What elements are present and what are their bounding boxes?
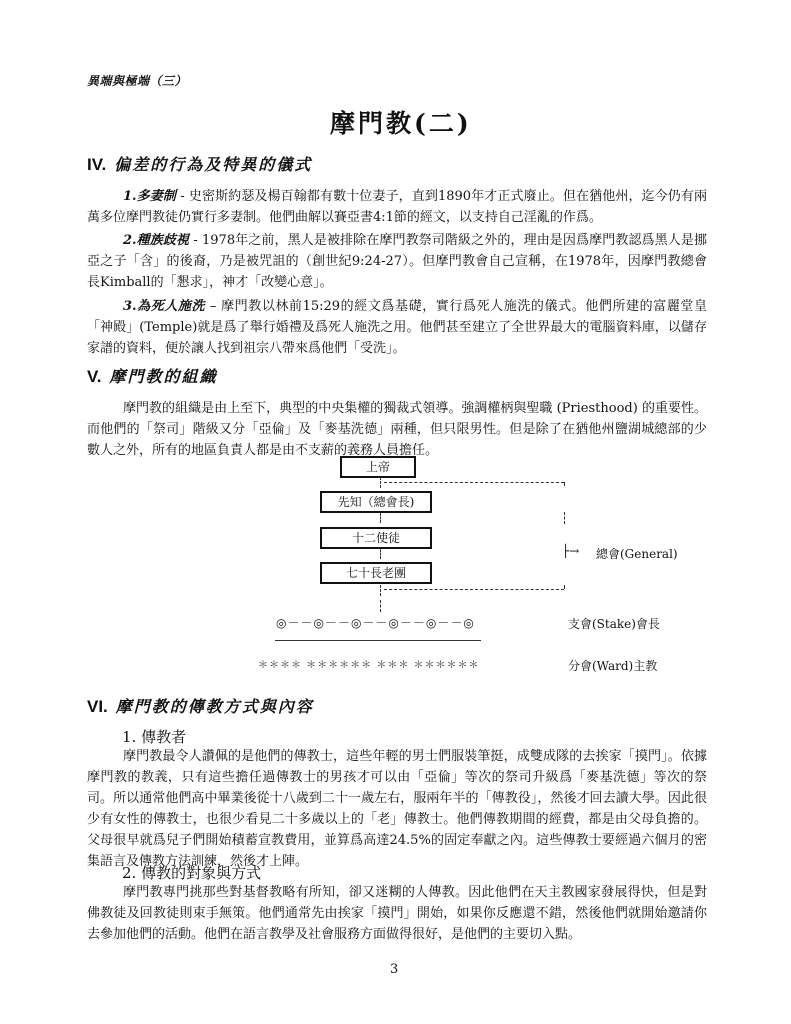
page-number: 3 bbox=[390, 962, 398, 977]
chart-box-apostles: 十二使徒 bbox=[320, 527, 432, 549]
page-title: 摩門教(二) bbox=[330, 104, 472, 140]
section-title: 偏差的行為及特異的儀式 bbox=[114, 155, 312, 174]
connector bbox=[380, 549, 381, 559]
general-bracket-bottom bbox=[384, 589, 564, 590]
paragraph-missionaries: 摩門教最令人讚佩的是他們的傳教士，這些年輕的男士們服裝筆挺，成雙成隊的去挨家「摸… bbox=[87, 746, 707, 872]
subheading-missionaries: 1. 傳教者 bbox=[122, 726, 186, 747]
paragraph-polygamy: 1.多妻制 - 史密斯約瑟及楊百翰都有數十位妻子，直到1890年才正式廢止。但在… bbox=[87, 186, 707, 228]
chart-box-prophet: 先知（總會長) bbox=[320, 491, 432, 513]
subheading-targets: 2. 傳教的對象與方式 bbox=[122, 862, 261, 883]
section-heading-vi: VI.摩門教的傳教方式與內容 bbox=[87, 694, 314, 717]
general-bracket-top bbox=[384, 482, 564, 483]
ward-label: 分會(Ward)主教 bbox=[568, 657, 657, 674]
connector bbox=[380, 600, 381, 612]
general-label: 總會(General) bbox=[596, 545, 678, 562]
item-lead: 3.為死人施洗 bbox=[123, 299, 205, 314]
section-heading-iv: IV.偏差的行為及特異的儀式 bbox=[87, 152, 312, 175]
section-number: IV. bbox=[87, 155, 106, 174]
section-title: 摩門教的傳教方式與內容 bbox=[116, 697, 314, 716]
paragraph-targets: 摩門教專門挑那些對基督教略有所知，卻又迷糊的人傳教。因此他們在天主教國家發展得快… bbox=[87, 882, 707, 945]
chart-box-god: 上帝 bbox=[340, 456, 416, 478]
ward-divider bbox=[275, 640, 481, 641]
connector bbox=[564, 585, 565, 589]
section-heading-v: V.摩門教的組織 bbox=[87, 364, 218, 387]
stake-label: 支會(Stake)會長 bbox=[568, 615, 660, 632]
stake-nodes: ◎－－◎－－◎－－◎－－◎－－◎ bbox=[276, 614, 475, 631]
connector bbox=[380, 513, 381, 523]
ward-marks: ＊＊＊＊ ＊＊＊＊＊＊ ＊＊＊ ＊＊＊＊＊＊ bbox=[258, 656, 480, 671]
item-lead: 1.多妻制 bbox=[123, 189, 176, 204]
connector bbox=[380, 477, 381, 488]
chart-box-seventy: 七十長老團 bbox=[320, 562, 432, 584]
item-lead: 2.種族歧視 bbox=[123, 233, 189, 248]
connector bbox=[380, 585, 381, 596]
connector bbox=[564, 482, 565, 486]
paragraph-racism: 2.種族歧視 - 1978年之前，黑人是被排除在摩門教祭司階級之外的，理由是因爲… bbox=[87, 230, 707, 293]
section-number: VI. bbox=[87, 697, 108, 716]
section-title: 摩門教的組織 bbox=[110, 367, 218, 386]
section-number: V. bbox=[87, 367, 102, 386]
paragraph-organization: 摩門教的組織是由上至下，典型的中央集權的獨裁式領導。強調權柄與聖職 (Pries… bbox=[87, 398, 707, 461]
item-text: - 史密斯約瑟及楊百翰都有數十位妻子，直到1890年才正式廢止。但在猶他州，迄今… bbox=[87, 189, 707, 225]
general-bracket-side bbox=[564, 512, 565, 524]
arrow-icon: ├→ bbox=[562, 544, 579, 558]
paragraph-baptism-dead: 3.為死人施洗 – 摩門教以林前15:29的經文爲基礎，實行爲死人施洗的儀式。他… bbox=[87, 296, 707, 359]
running-header: 異端與極端（三） bbox=[87, 72, 187, 89]
